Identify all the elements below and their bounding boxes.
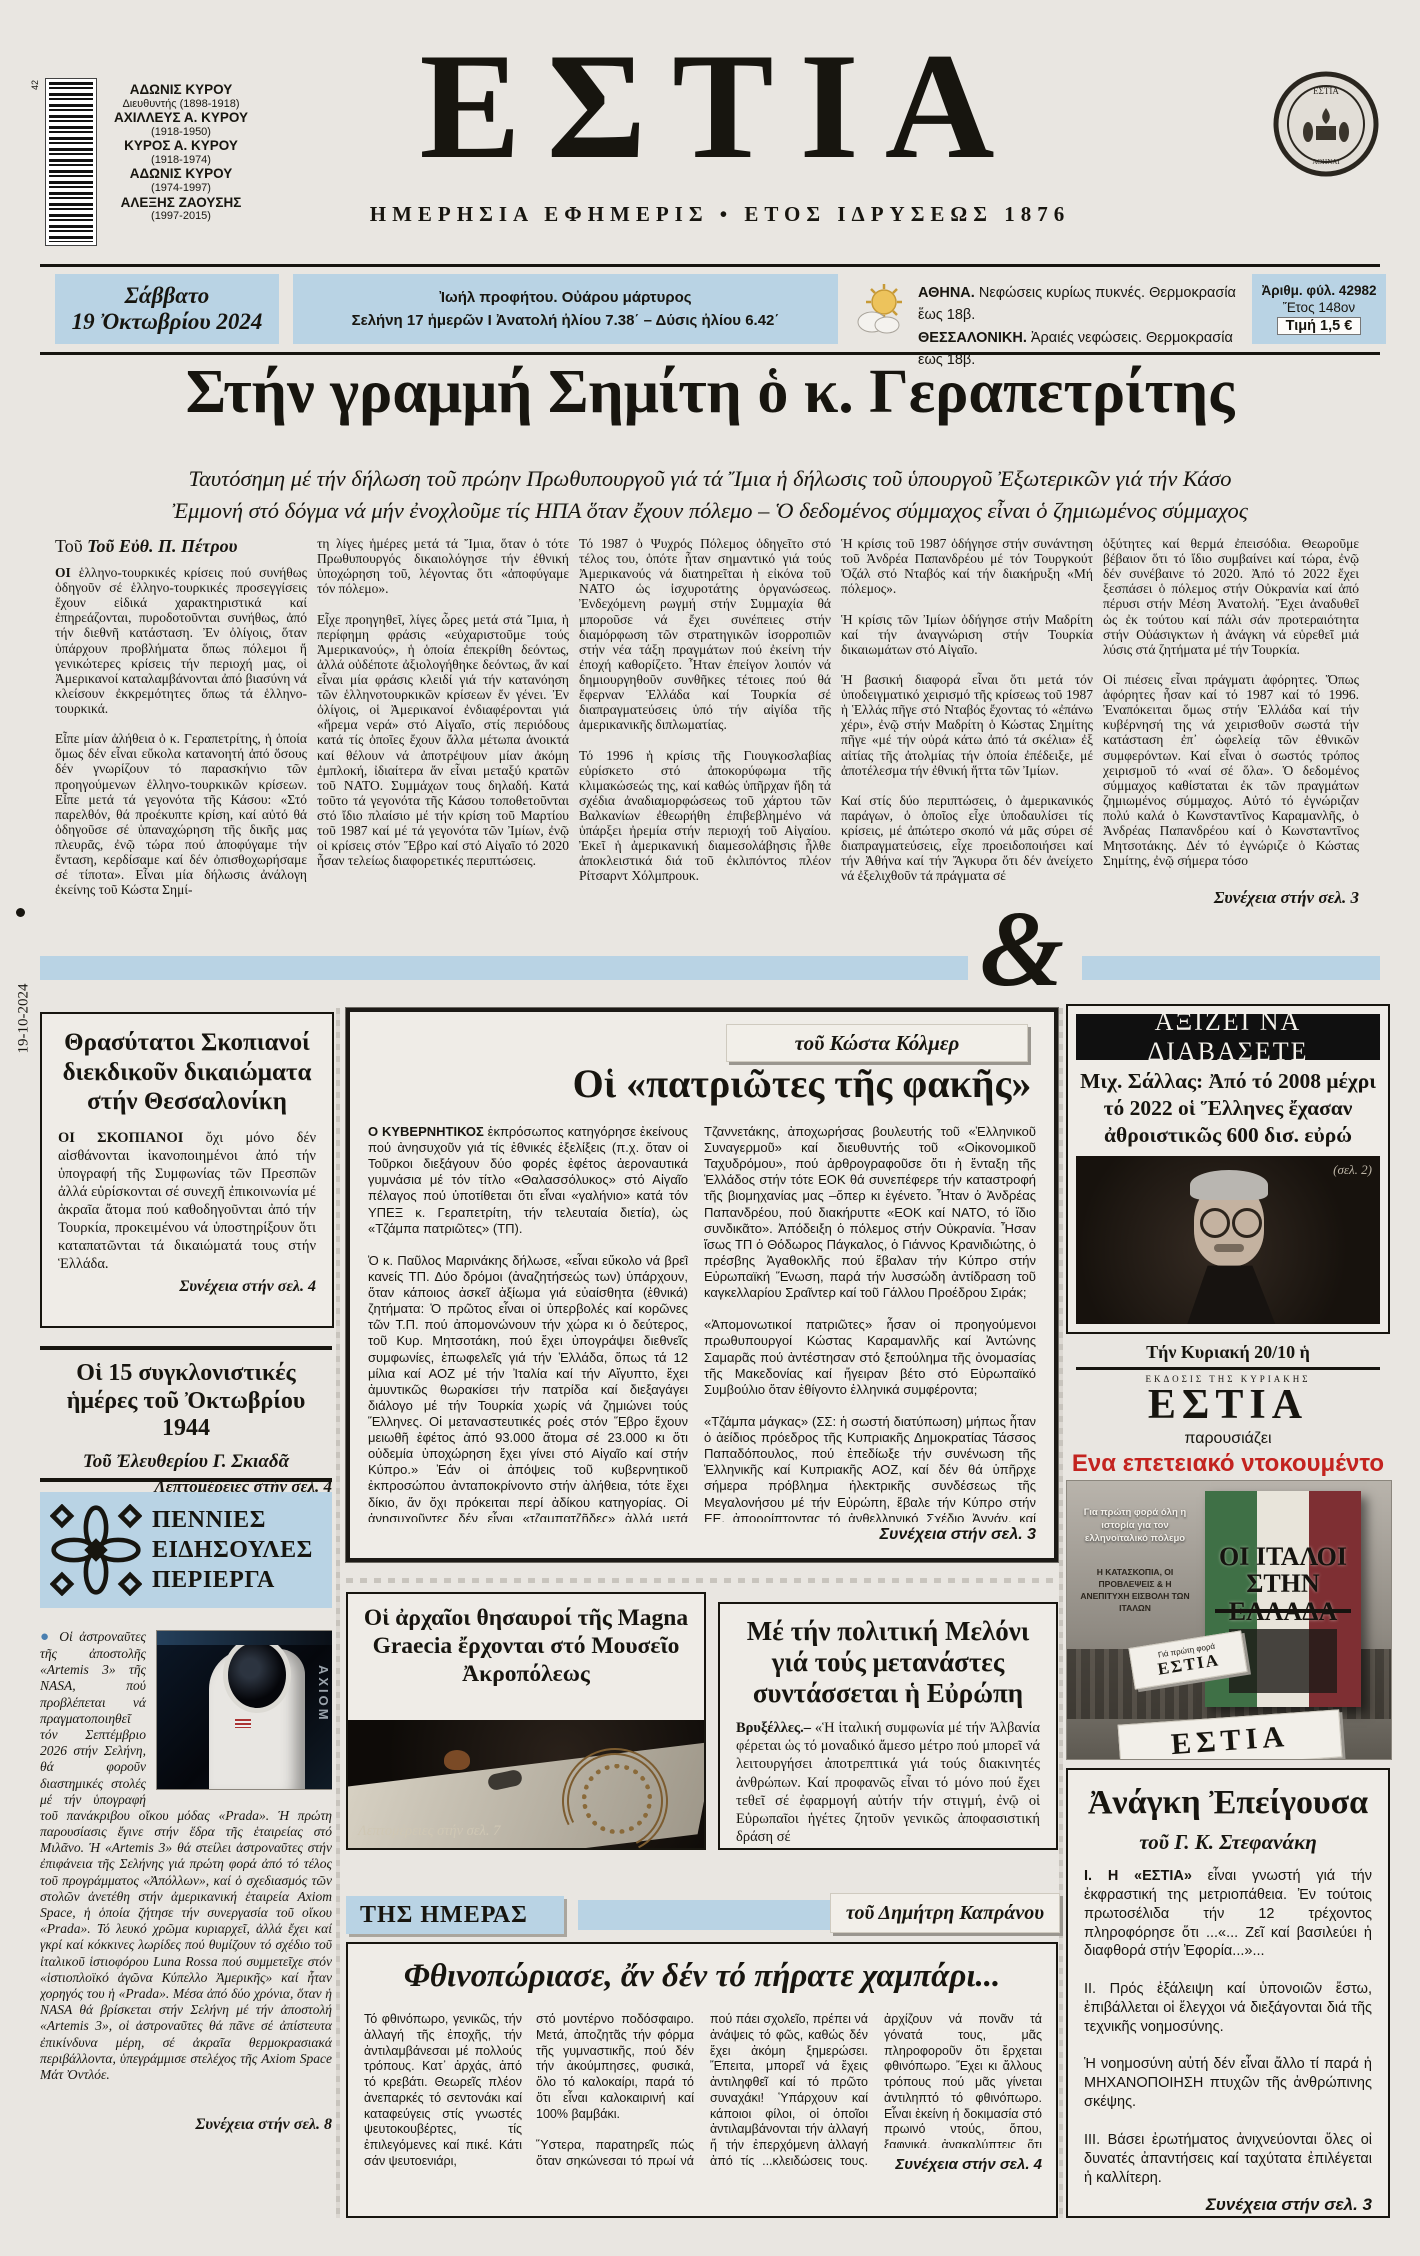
weekday: Σάββατο xyxy=(125,283,210,309)
year-number: Ἔτος 148ον xyxy=(1283,300,1355,315)
lead-column-3: Τό 1987 ὁ Ψυχρός Πόλεμος ὁδηγεῖτο στό τέ… xyxy=(579,536,831,910)
clay-pot xyxy=(444,1750,470,1770)
founder-years: Διευθυντής (1898-1918) xyxy=(92,98,270,111)
glasses-left-lens xyxy=(1200,1208,1230,1238)
lead-column-text: ΟΙ ἑλληνο-τουρκικές κρίσεις πού συνήθως … xyxy=(55,565,307,897)
saints-box: Ἰωήλ προφήτου. Οὐάρου μάρτυρος Σελήνη 17… xyxy=(293,274,838,344)
newspaper-logo: ΕΣΤΙΑ xyxy=(290,30,1150,182)
kolmer-column-1: Ο ΚΥΒΕΡΝΗΤΙΚΟΣ ἐκπρόσωπος κατηγόρησε ἐκε… xyxy=(368,1124,688,1522)
founders-list: ΑΔΩΝΙΣ ΚΥΡΟΥ Διευθυντής (1898-1918) ΑΧΙΛ… xyxy=(92,82,270,223)
kapranos-column-4: ἀρχίζουν νά πονᾶν τά γόνατά τους, μᾶς πλ… xyxy=(884,2012,1042,2148)
october44-article: Οἱ 15 συγκλονιστικές ἡμέρες τοῦ Ὀκτωβρίο… xyxy=(40,1360,332,1497)
axizei-banner: ΑΞΙΖΕΙ ΝΑ ΔΙΑΒΑΣΕΤΕ xyxy=(1076,1014,1380,1060)
axiom-label: AXIOM xyxy=(316,1665,331,1723)
kapranos-column-1: Τό φθινόπωρο, γενικῶς, τήν ἀλλαγή τῆς ἐπ… xyxy=(364,2012,522,2170)
stefanakis-title: Ἀνάγκη Ἐπείγουσα xyxy=(1084,1784,1372,1822)
rosette-icon xyxy=(50,1504,142,1596)
book-promo-photo: Για πρώτη φορά όλη η ιστορία για τον ελλ… xyxy=(1066,1480,1392,1760)
founder-name: ΑΛΕΞΗΣ ΖΑΟΥΣΗΣ xyxy=(92,195,270,211)
pennies-labels: ΠΕΝΝΙΕΣ ΕΙΔΗΣΟΥΛΕΣ ΠΕΡΙΕΡΓΑ xyxy=(152,1505,313,1595)
pennies-line-2: ΕΙΔΗΣΟΥΛΕΣ xyxy=(152,1535,313,1565)
lead-column-2: τη λίγες ἡμέρες μετά τά Ἴμια, ὅταν ὁ τότ… xyxy=(317,536,569,910)
stefanakis-text: εἶναι γνωστή γιά τήν ἐκφραστική της μετρ… xyxy=(1084,1868,1372,2186)
meloni-lead-in: Βρυξέλλες.– xyxy=(736,1720,811,1736)
meloni-title: Μέ τήν πολιτική Μελόνι γιά τούς μετανάστ… xyxy=(736,1616,1040,1709)
imeras-label: ΤΗΣ ΗΜΕΡΑΣ xyxy=(360,1902,528,1929)
lead-column-4: Ἡ κρίσις τοῦ 1987 ὁδήγησε στήν συνάντηση… xyxy=(841,536,1093,910)
full-date: 19 Ὀκτωβρίου 2024 xyxy=(72,309,263,335)
masthead-rule xyxy=(40,264,1380,267)
flag-patch xyxy=(235,1719,251,1728)
gold-beads xyxy=(582,1764,652,1834)
helmet-visor xyxy=(223,1637,291,1713)
edge-date-bullet xyxy=(16,908,25,917)
skopje-body: ΟΙ ΣΚΟΠΙΑΝΟΙ ὄχι μόνο δέν αἰσθάνονται ἱκ… xyxy=(58,1129,316,1274)
book-title-line2: ΣΤΗΝ ΕΛΛΑΔΑ xyxy=(1205,1570,1361,1625)
issue-number: Ἀριθμ. φύλ. 42982 xyxy=(1262,283,1377,298)
skopje-lead-in: ΟΙ ΣΚΟΠΙΑΝΟΙ xyxy=(58,1130,183,1146)
founder-name: ΑΔΩΝΙΣ ΚΥΡΟΥ xyxy=(92,166,270,182)
issue-box: Ἀριθμ. φύλ. 42982 Ἔτος 148ον Τιμή 1,5 € xyxy=(1252,274,1386,344)
masthead-tagline: ΗΜΕΡΗΣΙΑ ΕΦΗΜΕΡΙΣ • ΕΤΟΣ ΙΔΡΥΣΕΩΣ 1876 xyxy=(290,202,1150,227)
skopje-continuation: Συνέχεια στήν σελ. 4 xyxy=(58,1278,316,1296)
promo-note-2: Η ΚΑΤΑΣΚΟΠΙΑ, ΟΙ ΠΡΟΒΛΕΨΕΙΣ & Η ΑΝΕΠΙΤΥΧ… xyxy=(1075,1567,1195,1615)
axizei-title: Μιχ. Σάλλας: Ἀπό τό 2008 μέχρι τό 2022 ο… xyxy=(1078,1068,1378,1149)
founder-years: (1974-1997) xyxy=(92,182,270,195)
divider-band-left xyxy=(40,956,968,980)
sallas-photo: (σελ. 2) xyxy=(1076,1156,1380,1324)
stefanakis-lead-in: Ι. Η «ΕΣΤΙΑ» xyxy=(1084,1868,1192,1884)
lead-col1-text: ἑλληνο-τουρκικές κρίσεις πού συνήθως ὁδη… xyxy=(55,565,307,897)
book-rule xyxy=(1215,1609,1351,1613)
meloni-body: Βρυξέλλες.– «Ἡ ἰταλική συμφωνία μέ τήν Ἀ… xyxy=(736,1719,1040,1846)
byline-author: Τοῦ Εὐθ. Π. Πέτρου xyxy=(87,536,237,556)
lead-column-5: ὀξύτητες καί θερμά ἐπεισόδια. Θεωροῦμε β… xyxy=(1103,536,1359,888)
weather-athens: ΑΘΗΝΑ. Νεφώσεις κυρίως πυκνές. Θερμοκρασ… xyxy=(918,282,1248,327)
skopje-title: Θρασύτατοι Σκοπιανοί διεκδικοῦν δικαιώμα… xyxy=(58,1028,316,1117)
founder-years: (1918-1974) xyxy=(92,154,270,167)
promo-title: Ενα επετειακό ντοκουμέντο xyxy=(1066,1450,1390,1478)
axizei-box: ΑΞΙΖΕΙ ΝΑ ΔΙΑΒΑΣΕΤΕ Μιχ. Σάλλας: Ἀπό τό … xyxy=(1066,1004,1390,1334)
magna-photo: Λεπτομέρειες στήν σελ. 7 xyxy=(348,1720,704,1848)
imeras-label-box: ΤΗΣ ΗΜΕΡΑΣ xyxy=(346,1896,564,1934)
lead-byline: Τοῦ Τοῦ Εὐθ. Π. Πέτρου xyxy=(55,536,307,557)
ampersand-ornament: & xyxy=(962,896,1082,1004)
promo-line1: Τήν Κυριακή 20/10 ἡ xyxy=(1066,1342,1390,1363)
kolmer-title: Οἱ «πατριῶτες τῆς φακῆς» xyxy=(350,1060,1054,1107)
stefanakis-article-box: Ἀνάγκη Ἐπείγουσα τοῦ Γ. Κ. Στεφανάκη Ι. … xyxy=(1066,1768,1390,2218)
artemis-news-item: AXIOM ● Οἱ ἀστροναῦτες τῆς ἀποστολῆς «Ar… xyxy=(40,1628,332,2148)
divider-band-right xyxy=(1082,956,1380,980)
kapranos-column-2: στό μοντέρνο ποδόσφαιρο. Μετά, ἀποζητᾶς … xyxy=(536,2012,694,2170)
kolmer-continuation: Συνέχεια στήν σελ. 3 xyxy=(704,1526,1036,1544)
glasses-right-lens xyxy=(1232,1208,1262,1238)
promo-bottom-brand: ΕΣΤΙΑ xyxy=(1170,1720,1290,1760)
kolmer-column-2: Τζαννετάκης, ἀποχωρήσας βουλευτής τοῦ «Ἑ… xyxy=(704,1124,1036,1522)
sunday-promo: Τήν Κυριακή 20/10 ἡ ΕΚΔΟΣΙΣ ΤΗΣ ΚΥΡΙΑΚΗΣ… xyxy=(1066,1342,1390,1500)
founder-name: ΑΔΩΝΙΣ ΚΥΡΟΥ xyxy=(92,82,270,98)
saints-line: Ἰωήλ προφήτου. Οὐάρου μάρτυρος xyxy=(439,289,691,306)
gutter-right xyxy=(1059,1008,1063,2218)
skopje-article-box: Θρασύτατοι Σκοπιανοί διεκδικοῦν δικαιώμα… xyxy=(40,1012,334,1328)
imeras-byline: τοῦ Δημήτρη Καπράνου xyxy=(846,1902,1044,1925)
kolmer-col1-text: ἐκπρόσωπος κατηγόρησε ἐκείνους πού ἀνησυ… xyxy=(368,1124,688,1522)
astronaut-photo: AXIOM xyxy=(156,1630,332,1790)
founder-name: ΚΥΡΟΣ Α. ΚΥΡΟΥ xyxy=(92,138,270,154)
athens-label: ΑΘΗΝΑ. xyxy=(918,285,975,301)
barcode-bars xyxy=(49,82,93,242)
left-rail-rule-1 xyxy=(40,1346,332,1350)
book-title-line1: ΟΙ ΙΤΑΛΟΙ xyxy=(1205,1543,1361,1570)
svg-text:ΕΣΤΙΑ: ΕΣΤΙΑ xyxy=(1313,86,1339,96)
pennies-line-1: ΠΕΝΝΙΕΣ xyxy=(152,1505,313,1535)
barcode xyxy=(45,78,97,246)
october44-title: Οἱ 15 συγκλονιστικές ἡμέρες τοῦ Ὀκτωβρίο… xyxy=(40,1360,332,1443)
main-subhead-2: Ἐμμονή στό δόγμα νά μήν ἐνοχλοῦμε τίς ΗΠ… xyxy=(70,498,1350,524)
lead-continuation: Συνέχεια στήν σελ. 3 xyxy=(1103,888,1359,908)
founder-name: ΑΧΙΛΛΕΥΣ Α. ΚΥΡΟΥ xyxy=(92,110,270,126)
stefanakis-byline: τοῦ Γ. Κ. Στεφανάκη xyxy=(1139,1830,1317,1854)
promo-brand: ΕΣΤΙΑ xyxy=(1066,1384,1390,1426)
portrait-mustache xyxy=(1214,1244,1244,1252)
october44-byline: Τοῦ Ἐλευθερίου Γ. Σκιαδᾶ xyxy=(40,1451,332,1473)
lead-in: ΟΙ xyxy=(55,565,71,580)
promo-rule xyxy=(1076,1367,1380,1370)
svg-text:ΑΘΗΝΑΙ: ΑΘΗΝΑΙ xyxy=(1312,158,1340,166)
stefanakis-body: Ι. Η «ΕΣΤΙΑ» εἶναι γνωστή γιά τήν ἐκφρασ… xyxy=(1084,1867,1372,2187)
newspaper-front-page: 42 ΑΔΩΝΙΣ ΚΥΡΟΥ Διευθυντής (1898-1918) Α… xyxy=(0,0,1420,2256)
bullet-icon: ● xyxy=(40,1629,59,1645)
barcode-label: 42 xyxy=(30,80,40,90)
meloni-text: «Ἡ ἰταλική συμφωνία μέ τήν Ἀλβανία φέρετ… xyxy=(736,1720,1040,1845)
portrait-suit xyxy=(1160,1260,1300,1324)
main-headline: Στήν γραμμή Σημίτη ὁ κ. Γεραπετρίτης xyxy=(40,360,1380,425)
sun-cloud-weather-icon xyxy=(850,282,912,338)
kapranos-continuation: Συνέχεια στήν σελ. 4 xyxy=(884,2156,1042,2173)
kolmer-byline-chip: τοῦ Κώστα Κόλμερ xyxy=(726,1024,1028,1062)
lead-column-1: Τοῦ Τοῦ Εὐθ. Π. Πέτρου ΟΙ ἑλληνο-τουρκικ… xyxy=(55,536,307,910)
magna-title: Οἱ ἀρχαῖοι θησαυροί τῆς Magna Graecia ἔρ… xyxy=(348,1594,704,1697)
pennies-section-header: ΠΕΝΝΙΕΣ ΕΙΔΗΣΟΥΛΕΣ ΠΕΡΙΕΡΓΑ xyxy=(40,1492,332,1608)
newspaper-seal-icon: ΕΣΤΙΑ ΑΘΗΝΑΙ xyxy=(1272,70,1380,178)
byline-prefix: Τοῦ xyxy=(55,536,87,556)
promo-note-1: Για πρώτη φορά όλη η ιστορία για τον ελλ… xyxy=(1075,1507,1195,1545)
pennies-line-3: ΠΕΡΙΕΡΓΑ xyxy=(152,1565,313,1595)
kolmer-byline: τοῦ Κώστα Κόλμερ xyxy=(795,1031,960,1056)
portrait-hair xyxy=(1190,1170,1268,1200)
kapranos-title: Φθινοπώριασε, ἄν δέν τό πήρατε χαμπάρι..… xyxy=(348,1958,1056,1995)
thessaloniki-label: ΘΕΣΣΑΛΟΝΙΚΗ. xyxy=(918,330,1027,346)
date-box: Σάββατο 19 Ὀκτωβρίου 2024 xyxy=(55,274,279,344)
stefanakis-continuation: Συνέχεια στήν σελ. 3 xyxy=(1084,2195,1372,2215)
kolmer-lead-in: Ο ΚΥΒΕΡΝΗΤΙΚΟΣ xyxy=(368,1124,484,1139)
magna-caption: Λεπτομέρειες στήν σελ. 7 xyxy=(358,1823,500,1840)
skopje-text: ὄχι μόνο δέν αἰσθάνονται ἱκανοποιημένοι … xyxy=(58,1130,316,1273)
mid-hatch-rule xyxy=(346,1578,1058,1583)
magna-article-box: Οἱ ἀρχαῖοι θησαυροί τῆς Magna Graecia ἔρ… xyxy=(346,1592,706,1850)
founder-years: (1997-2015) xyxy=(92,210,270,223)
meloni-article-box: Μέ τήν πολιτική Μελόνι γιά τούς μετανάστ… xyxy=(718,1602,1058,1850)
headline-rule xyxy=(40,352,1380,355)
left-rail-rule-2 xyxy=(40,1478,332,1482)
gutter-left xyxy=(336,1008,340,2218)
imeras-byline-chip: τοῦ Δημήτρη Καπράνου xyxy=(830,1893,1060,1933)
edge-date: 19-10-2024 xyxy=(16,934,33,1054)
kapranos-column-3: πού πάει σχολεῖο, πρέπει νά ἀνάψεις τό φ… xyxy=(710,2012,868,2170)
promo-presents: παρουσιάζει xyxy=(1066,1430,1390,1448)
axizei-page-ref: (σελ. 2) xyxy=(1333,1162,1372,1178)
stefanakis-byline-row: τοῦ Γ. Κ. Στεφανάκη xyxy=(1084,1830,1372,1855)
main-subhead-1: Ταυτόσημη μέ τήν δήλωση τοῦ πρώην Πρωθυπ… xyxy=(70,466,1350,492)
photo-top-shadow xyxy=(157,1631,332,1645)
moon-sun-line: Σελήνη 17 ἡμερῶν Ι Ἀνατολή ἡλίου 7.38΄ –… xyxy=(352,312,780,329)
price-tag: Τιμή 1,5 € xyxy=(1277,317,1362,335)
artemis-continuation: Συνέχεια στήν σελ. 8 xyxy=(40,2116,332,2134)
founder-years: (1918-1950) xyxy=(92,126,270,139)
